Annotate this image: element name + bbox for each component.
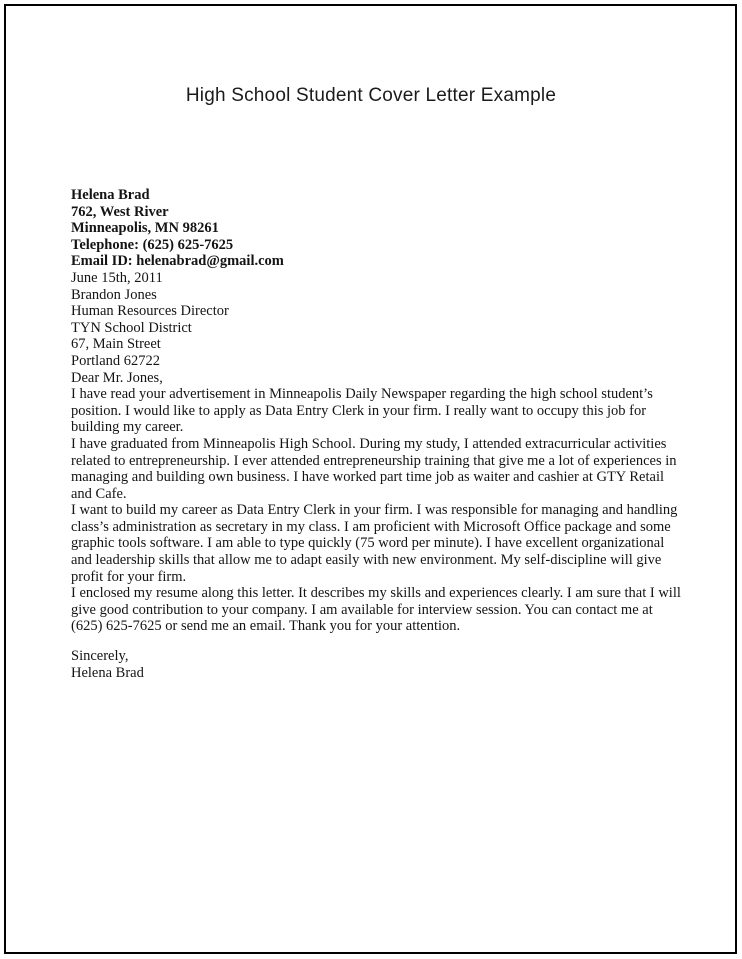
body-paragraph: I have graduated from Minneapolis High S… <box>71 436 681 502</box>
recipient-organization: TYN School District <box>71 320 681 337</box>
recipient-job-title: Human Resources Director <box>71 303 681 320</box>
recipient-name: Brandon Jones <box>71 287 681 304</box>
recipient-block: Brandon Jones Human Resources Director T… <box>71 287 681 370</box>
sender-street: 762, West River <box>71 204 681 221</box>
sender-name: Helena Brad <box>71 187 681 204</box>
page-title: High School Student Cover Letter Example <box>0 85 742 107</box>
sender-block: Helena Brad 762, West River Minneapolis,… <box>71 187 681 270</box>
letter-page: High School Student Cover Letter Example… <box>0 0 742 959</box>
body-paragraph: I have read your advertisement in Minnea… <box>71 386 681 436</box>
sender-email: Email ID: helenabrad@gmail.com <box>71 253 681 270</box>
salutation: Dear Mr. Jones, <box>71 370 681 387</box>
sender-city: Minneapolis, MN 98261 <box>71 220 681 237</box>
letter-date: June 15th, 2011 <box>71 270 681 287</box>
body-paragraph: I want to build my career as Data Entry … <box>71 502 681 585</box>
letter-body: Helena Brad 762, West River Minneapolis,… <box>71 187 681 681</box>
sender-telephone: Telephone: (625) 625-7625 <box>71 237 681 254</box>
closing: Sincerely, <box>71 648 681 665</box>
body-paragraph: I enclosed my resume along this letter. … <box>71 585 681 635</box>
recipient-city: Portland 62722 <box>71 353 681 370</box>
signature-name: Helena Brad <box>71 665 681 682</box>
recipient-street: 67, Main Street <box>71 336 681 353</box>
